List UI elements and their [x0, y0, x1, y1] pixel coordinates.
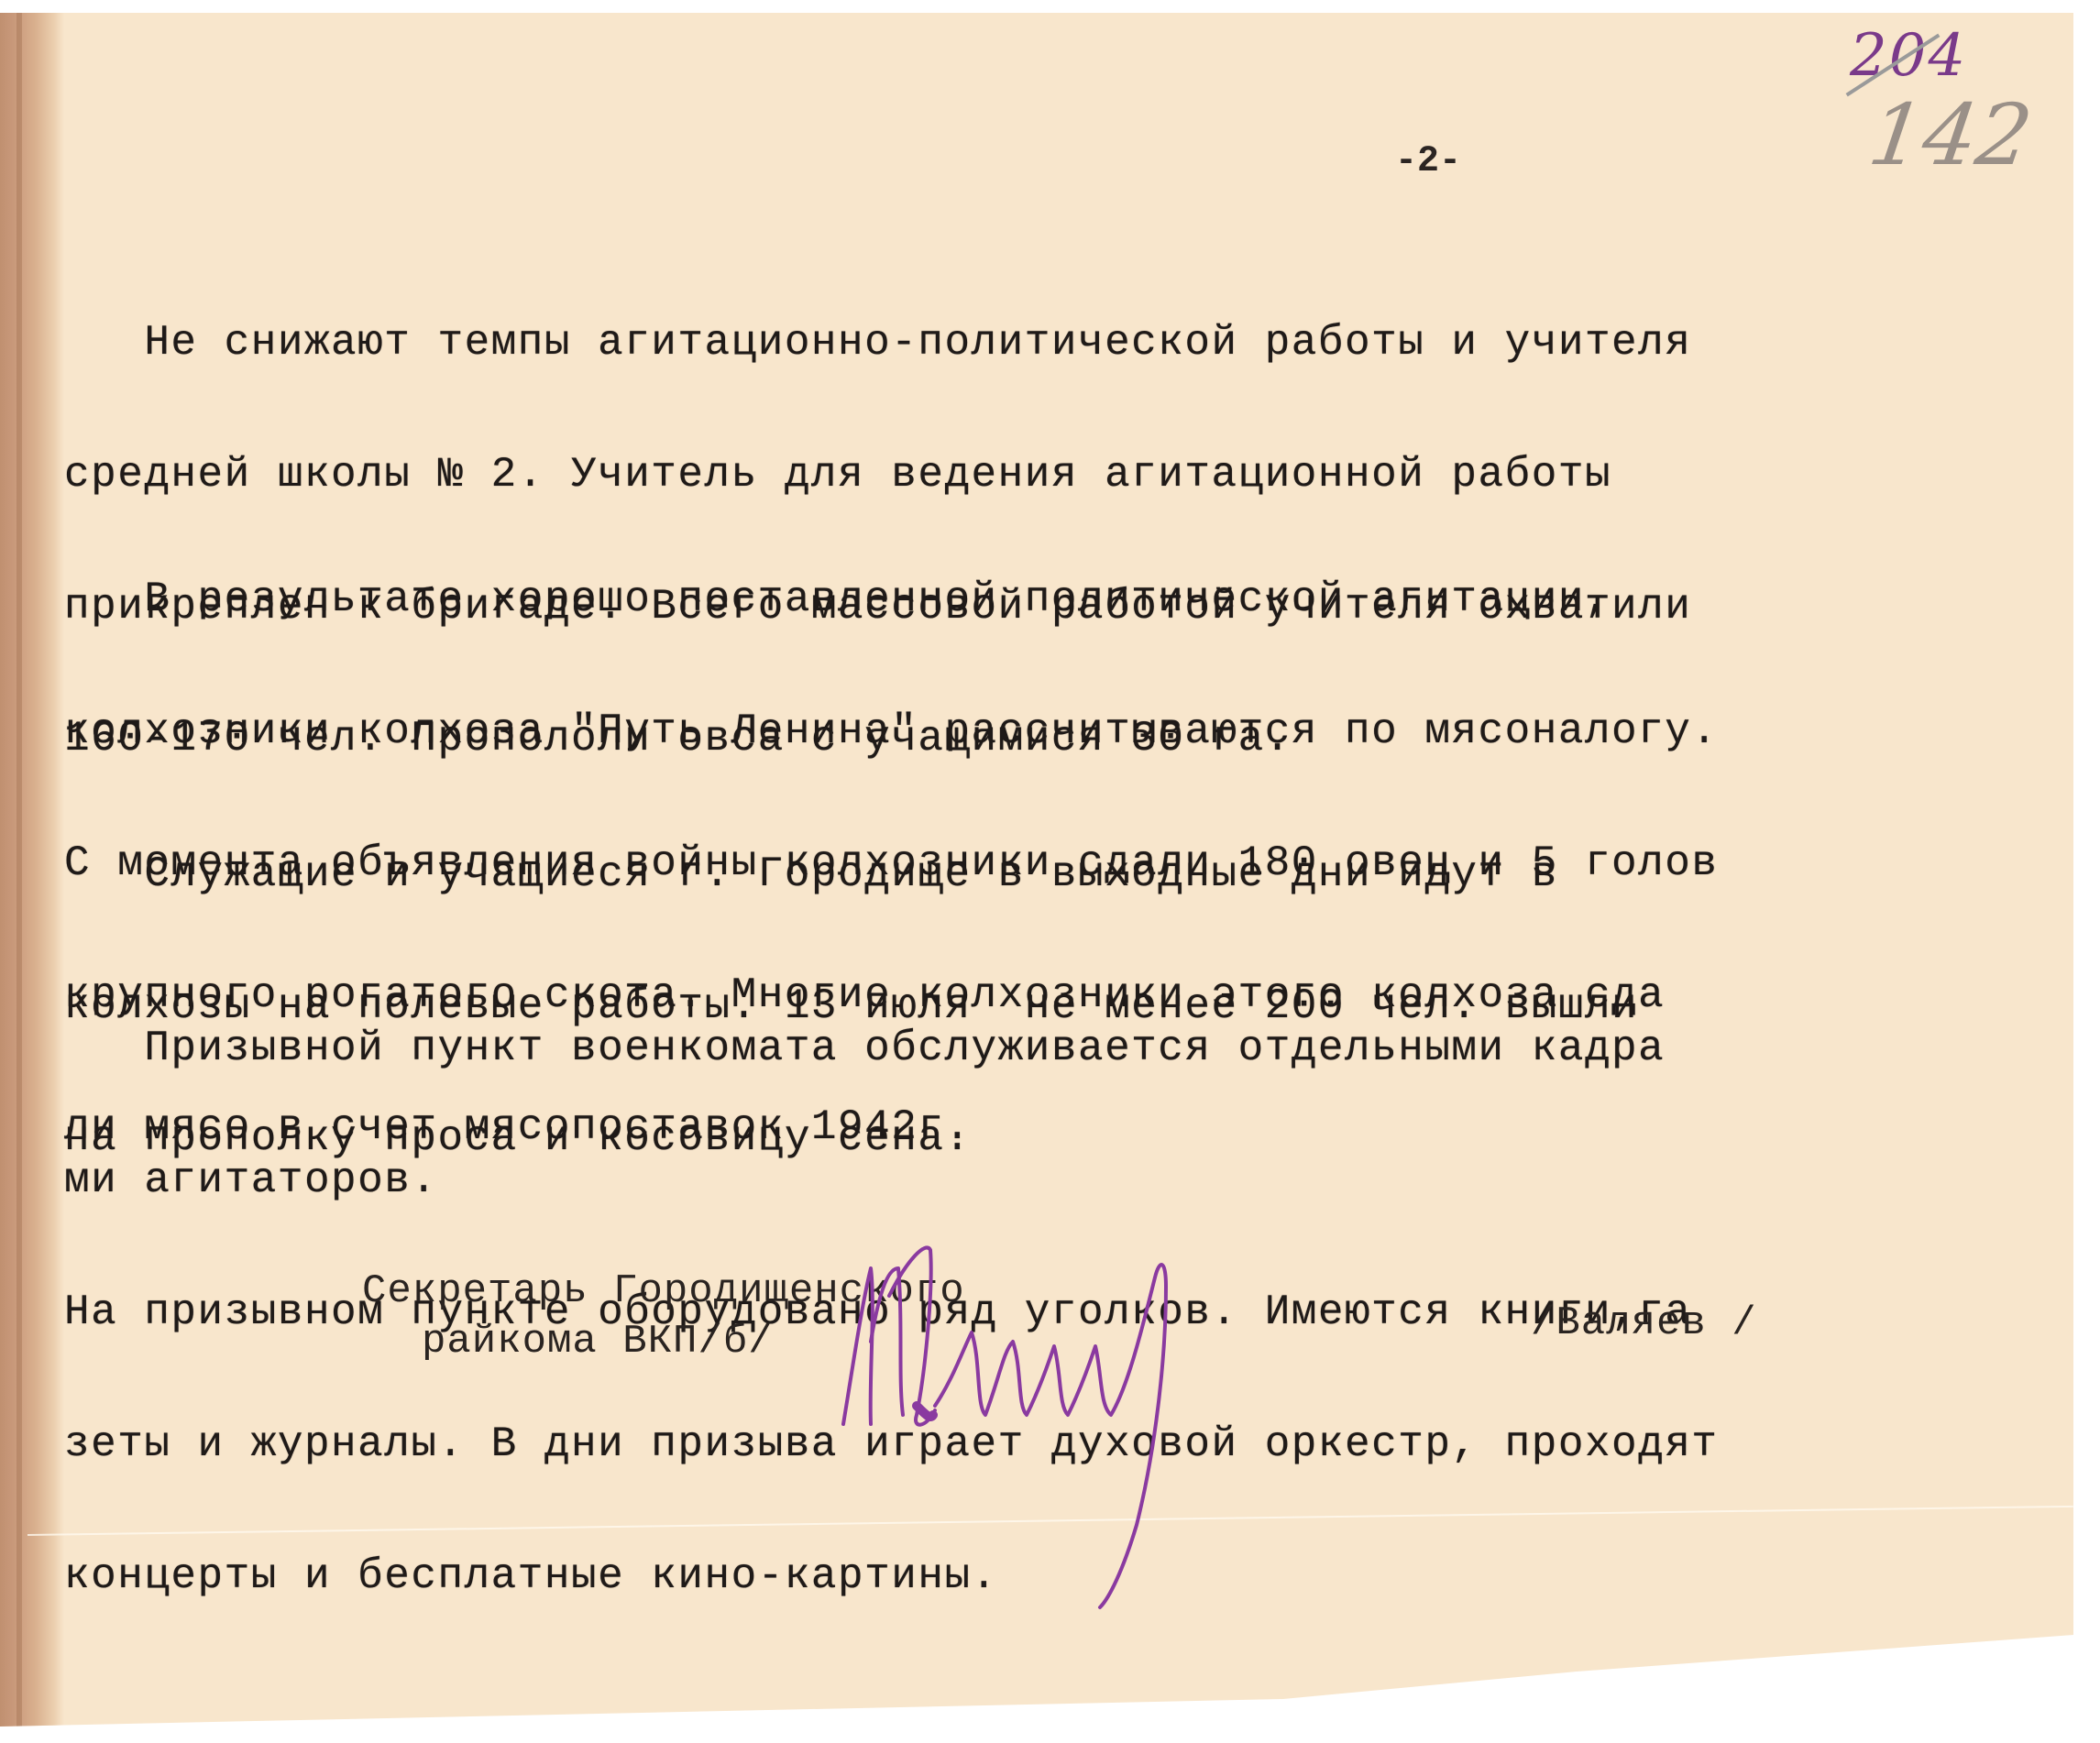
- document-page: 204 142 -2- Не снижают темпы агитационно…: [0, 13, 2073, 1743]
- text-line: колхозники колхоза "Путь Ленина" рассчит…: [64, 709, 1718, 753]
- text-line: ми агитаторов.: [64, 1158, 1718, 1202]
- page-number: -2-: [1395, 141, 1461, 182]
- handwritten-signature-icon: [825, 1232, 1577, 1617]
- text-line: В результате хорошо поставленной политич…: [64, 577, 1718, 621]
- text-line: Не снижают темпы агитационно-политическо…: [64, 321, 1691, 365]
- text-line: Призывной пункт военкомата обслуживается…: [64, 1026, 1718, 1070]
- binding-edge: [16, 13, 22, 1743]
- archive-sheet-number-new: 142: [1863, 86, 2038, 184]
- text-line: Служащие и учащиеся г. Городище в выходн…: [64, 852, 1638, 896]
- signatory-title-line2: райкома ВКП/б/: [422, 1319, 774, 1365]
- binding-shadow: [0, 13, 64, 1743]
